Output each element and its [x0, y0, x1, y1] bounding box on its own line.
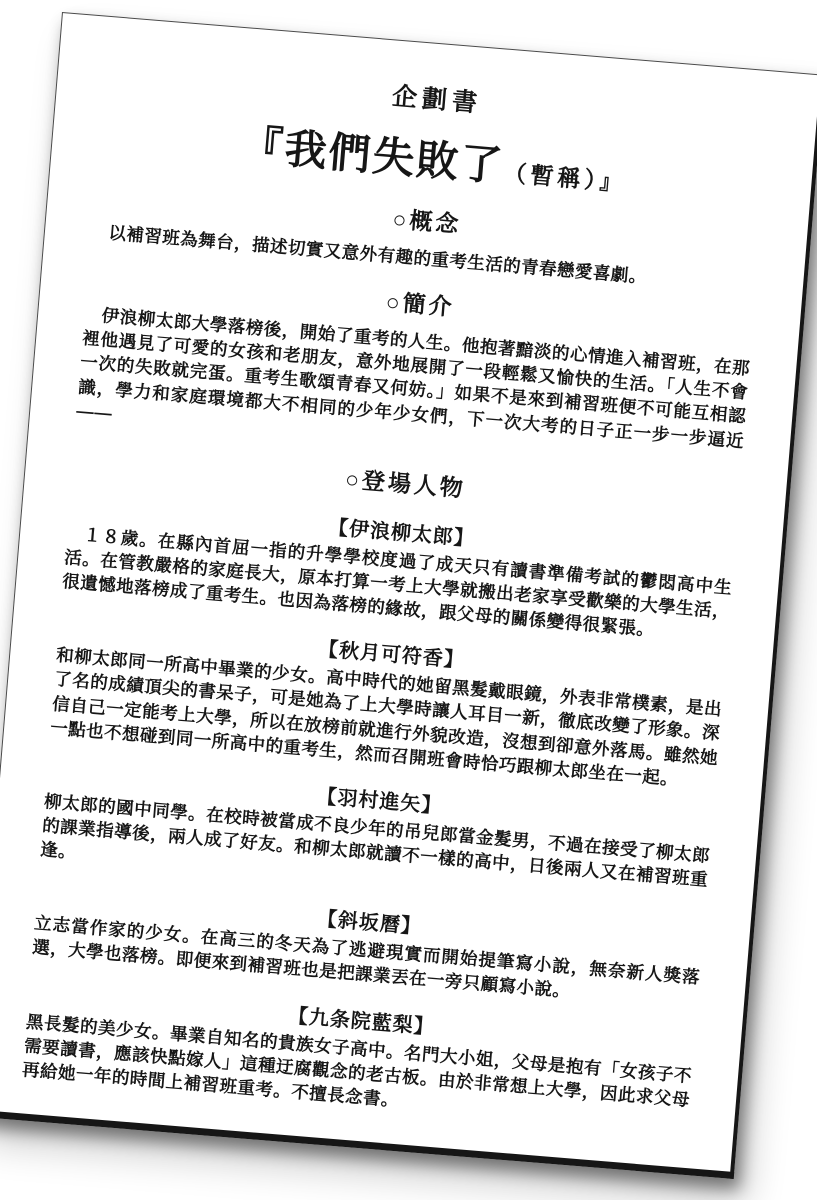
- title-open-bracket: 『: [239, 121, 287, 171]
- title-main-text: 我們失敗了: [283, 125, 506, 190]
- paper-sheet: 企劃書 『我們失敗了（暫稱）』 ○概念 以補習班為舞台，描述切實又意外有趣的重考…: [0, 12, 817, 1179]
- document-content: 企劃書 『我們失敗了（暫稱）』 ○概念 以補習班為舞台，描述切實又意外有趣的重考…: [0, 13, 817, 1140]
- scanned-page-background: 企劃書 『我們失敗了（暫稱）』 ○概念 以補習班為舞台，描述切實又意外有趣的重考…: [0, 0, 817, 1200]
- title-close-bracket: 』: [599, 171, 624, 196]
- title-subtitle: （暫稱）: [503, 160, 601, 194]
